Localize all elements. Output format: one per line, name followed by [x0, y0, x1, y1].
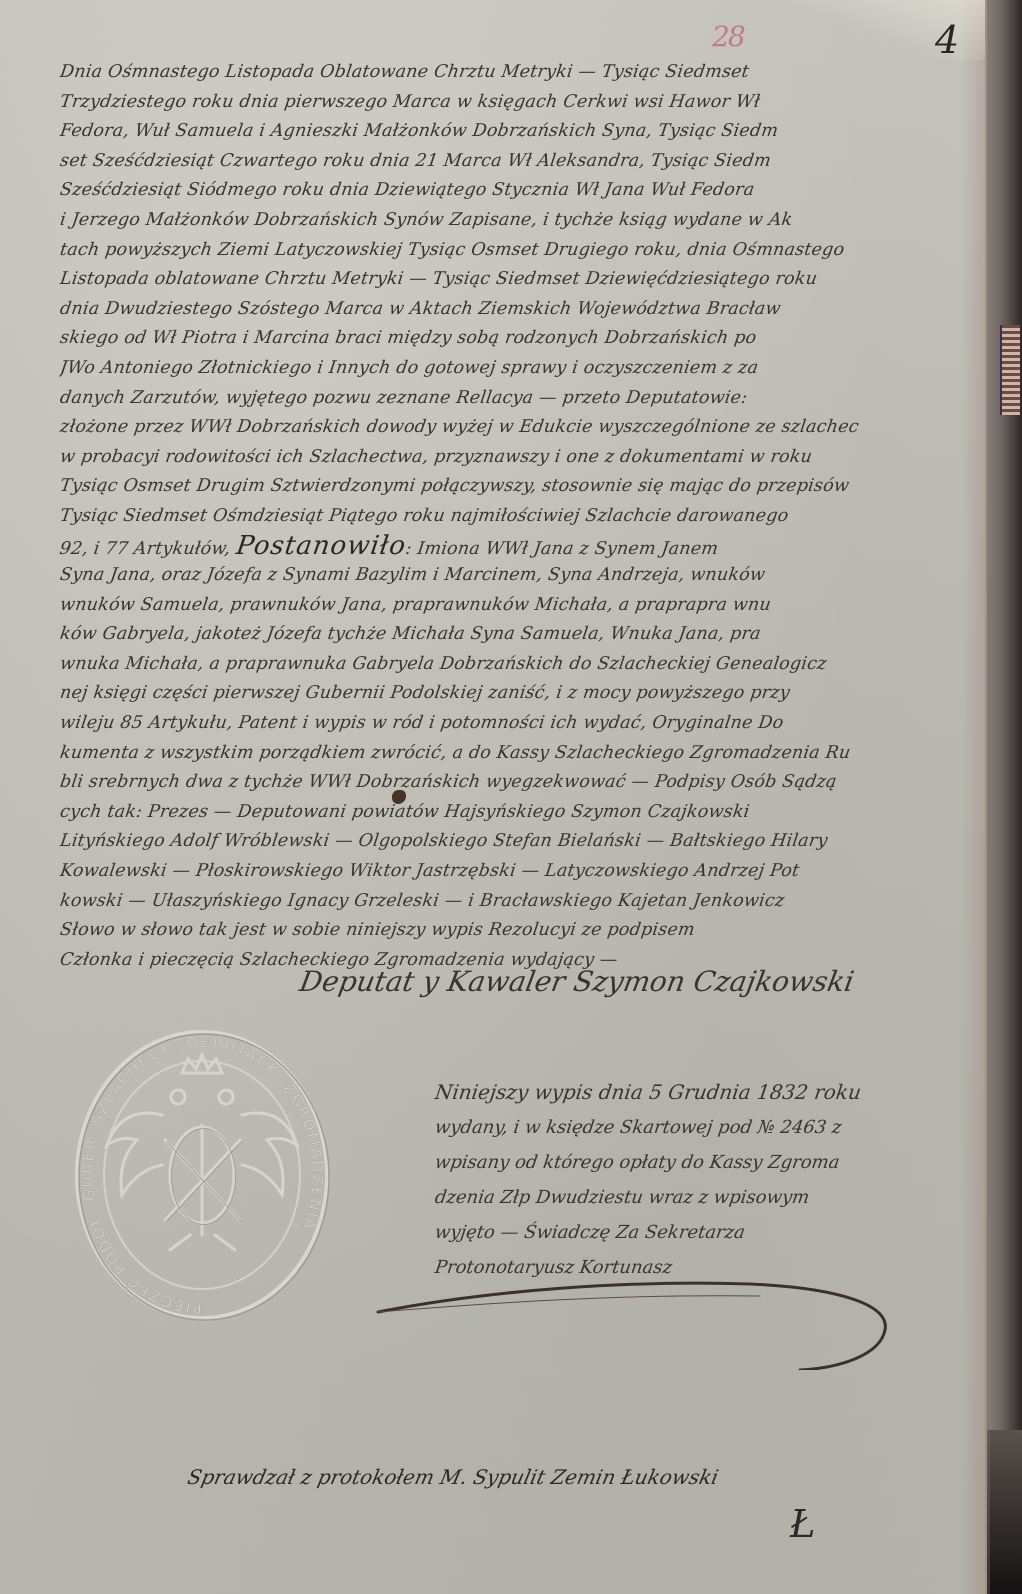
dark-corner-shadow	[985, 1430, 1022, 1594]
text-line: Syna Jana, oraz Józefa z Synami Bazylim …	[58, 561, 967, 591]
text-line: Tysiąc Siedmset Ośmdziesiąt Piątego roku…	[58, 502, 967, 532]
document-body: Dnia Ośmnastego Listopada Oblatowane Chr…	[60, 58, 965, 975]
verification-line: Sprawdzał z protokołem M. Sypulit Zemin …	[185, 1465, 950, 1489]
issuance-note: Niniejszy wypis dnia 5 Grudnia 1832 roku…	[435, 1075, 975, 1285]
verifier-initials: Ł	[790, 1502, 815, 1546]
text-line: Dnia Ośmnastego Listopada Oblatowane Chr…	[58, 58, 967, 88]
text-line: kumenta z wszystkim porządkiem zwrócić, …	[58, 739, 967, 769]
note-line: Niniejszy wypis dnia 5 Grudnia 1832 roku	[433, 1075, 978, 1110]
folio-number-red: 28	[712, 20, 744, 53]
text-line: kowski — Ułaszyńskiego Ignacy Grzeleski …	[58, 887, 967, 917]
text-line: Słowo w słowo tak jest w sobie niniejszy…	[58, 916, 967, 946]
text-line: Listopada oblatowane Chrztu Metryki — Ty…	[58, 265, 967, 295]
text-line: bli srebrnych dwa z tychże WWł Dobrzańsk…	[58, 768, 967, 798]
text-line: Trzydziestego roku dnia pierwszego Marca…	[58, 88, 967, 118]
folio-number-ink: 4	[935, 18, 959, 62]
text-line-with-emphasis: 92, i 77 Artykułów, Postanowiło: Imiona …	[58, 532, 967, 562]
text-line: wnuka Michała, a praprawnuka Gabryela Do…	[58, 650, 967, 680]
emphasized-word: Postanowiło	[234, 532, 408, 561]
paraph-flourish-icon	[370, 1280, 910, 1370]
text-line: JWo Antoniego Złotnickiego i Innych do g…	[58, 354, 967, 384]
manuscript-page: 28 4 Dnia Ośmnastego Listopada Oblatowan…	[0, 0, 987, 1594]
text-line: złożone przez WWł Dobrzańskich dowody wy…	[58, 413, 967, 443]
text-line: wnuków Samuela, prawnuków Jana, praprawn…	[58, 591, 967, 621]
text-line: set Sześćdziesiąt Czwartego roku dnia 21…	[58, 147, 967, 177]
text-line: w probacyi rodowitości ich Szlachectwa, …	[58, 443, 967, 473]
note-line: wpisany od którego opłaty do Kassy Zgrom…	[433, 1145, 978, 1180]
text-line: Lityńskiego Adolf Wróblewski — Olgopolsk…	[58, 827, 967, 857]
text-line: Fedora, Wuł Samuela i Agnieszki Małżonkó…	[58, 117, 967, 147]
text-line: ków Gabryela, jakoteż Józefa tychże Mich…	[58, 620, 967, 650]
text-line: nej księgi części pierwszej Gubernii Pod…	[58, 679, 967, 709]
text-line: wileju 85 Artykułu, Patent i wypis w ród…	[58, 709, 967, 739]
note-line: wyjęto — Świadczę Za Sekretarza	[433, 1215, 978, 1250]
text-line: dnia Dwudziestego Szóstego Marca w Aktac…	[58, 295, 967, 325]
text-line: tach powyższych Ziemi Latyczowskiej Tysi…	[58, 236, 967, 266]
text-line: Tysiąc Osmset Drugim Sztwierdzonymi połą…	[58, 472, 967, 502]
text-line: Sześćdziesiąt Siódmego roku dnia Dziewią…	[58, 176, 967, 206]
text-line: i Jerzego Małżonków Dobrzańskich Synów Z…	[58, 206, 967, 236]
deputy-signature: Deputat y Kawaler Szymon Czajkowski	[297, 965, 923, 998]
embossed-seal-icon: PIECZĘĆ PODOL. GUBER. SZLACHECK. DEPUTAC…	[70, 1025, 335, 1325]
note-line: wydany, i w księdze Skartowej pod № 2463…	[433, 1110, 978, 1145]
text-line: skiego od Wł Piotra i Marcina braci międ…	[58, 324, 967, 354]
text-line: Kowalewski — Płoskirowskiego Wiktor Jast…	[58, 857, 967, 887]
binding-ribbon	[1000, 325, 1020, 415]
note-line: dzenia Złp Dwudziestu wraz z wpisowym	[433, 1180, 978, 1215]
text-line: danych Zarzutów, wyjętego pozwu zeznane …	[58, 384, 967, 414]
text-line: cych tak: Prezes — Deputowani powiatów H…	[58, 798, 967, 828]
